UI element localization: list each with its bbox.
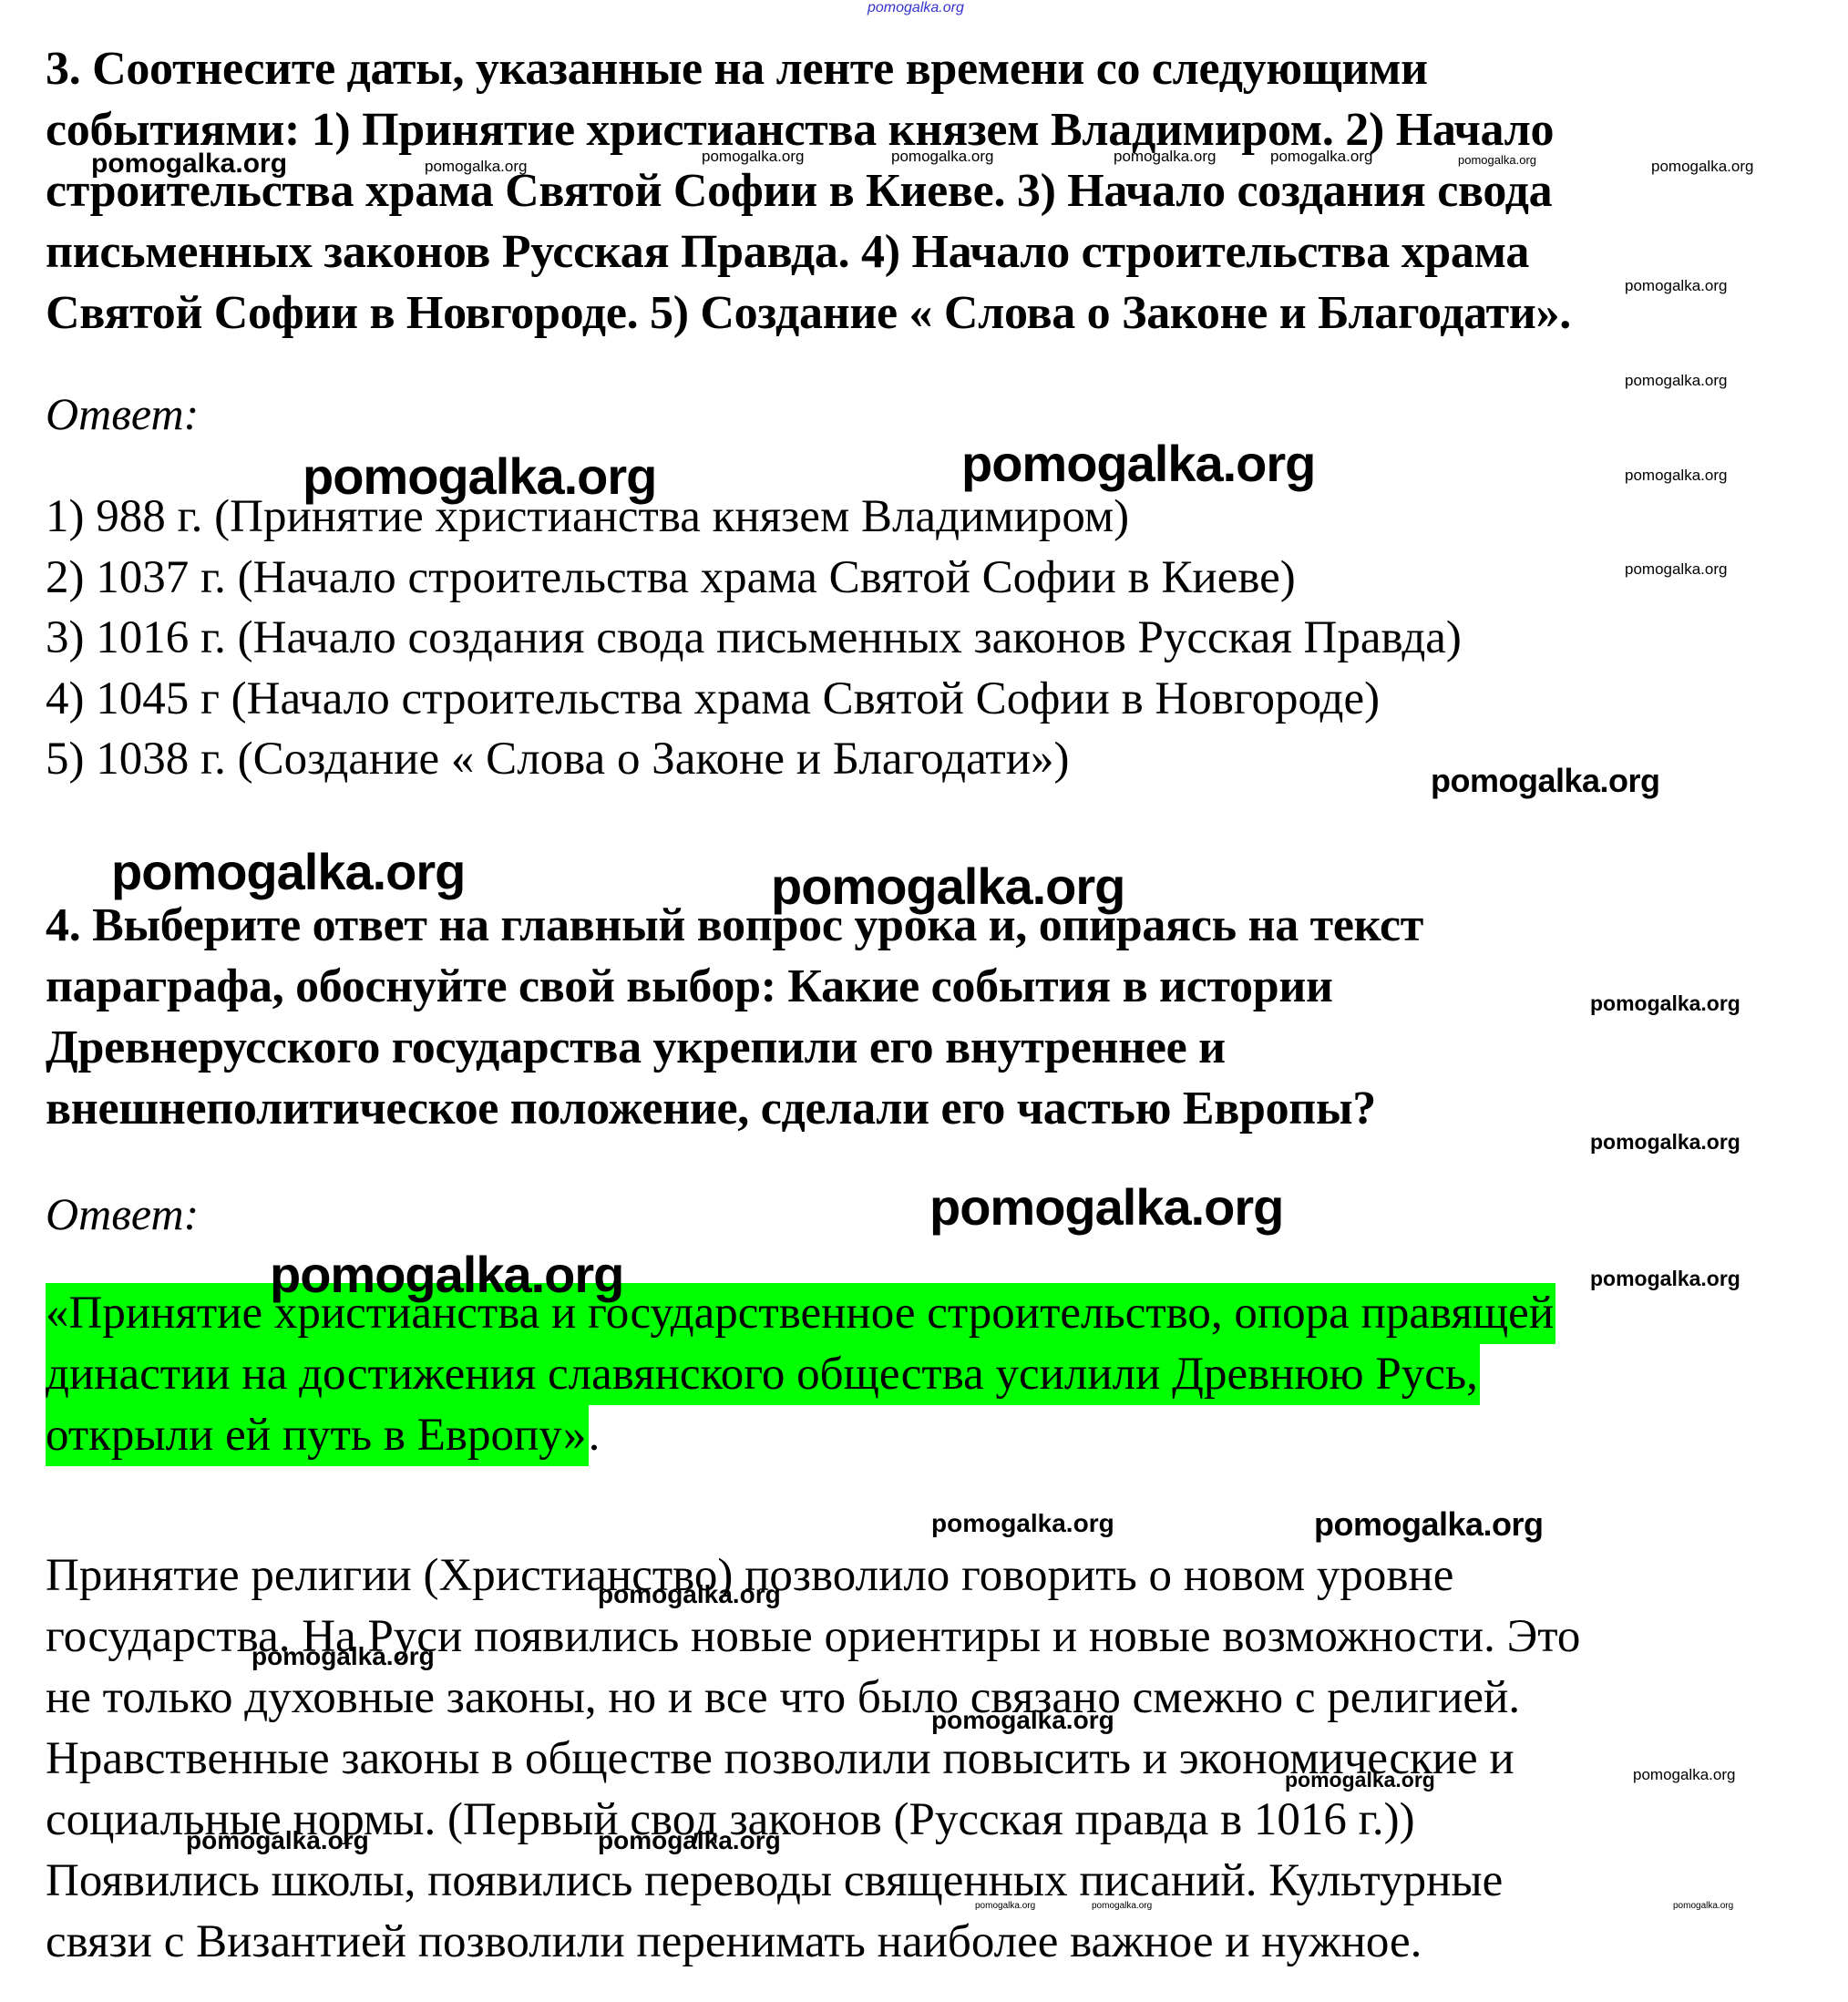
question-4-line: внешнеполитическое положение, сделали ег… (46, 1078, 1423, 1139)
watermark: pomogalka.org (868, 0, 964, 16)
watermark: pomogalka.org (186, 1826, 369, 1855)
watermark: pomogalka.org (931, 1509, 1114, 1538)
watermark: pomogalka.org (1285, 1768, 1435, 1792)
watermark: pomogalka.org (1633, 1766, 1735, 1784)
watermark: pomogalka.org (598, 1826, 781, 1855)
watermark: pomogalka.org (1114, 148, 1216, 166)
answer-3-item: 2) 1037 г. (Начало строительства храма С… (46, 548, 1462, 609)
question-3: 3. Соотнесите даты, указанные на ленте в… (46, 38, 1571, 344)
watermark: pomogalka.org (111, 842, 465, 901)
watermark: pomogalka.org (1590, 1267, 1740, 1291)
watermark: pomogalka.org (1651, 158, 1753, 176)
watermark: pomogalka.org (1270, 148, 1372, 166)
watermark: pomogalka.org (891, 148, 993, 166)
watermark: pomogalka.org (1625, 277, 1727, 295)
document-page: 3. Соотнесите даты, указанные на ленте в… (0, 0, 1848, 2002)
watermark: pomogalka.org (270, 1245, 623, 1304)
paragraph-line: Принятие религии (Христианство) позволил… (46, 1545, 1580, 1607)
watermark: pomogalka.org (1431, 762, 1660, 800)
quote-period: . (589, 1410, 601, 1461)
watermark: pomogalka.org (961, 434, 1315, 493)
watermark: pomogalka.org (91, 149, 287, 180)
highlighted-text: открыли ей путь в Европу» (46, 1405, 589, 1466)
highlighted-text: династии на достижения славянского общес… (46, 1344, 1480, 1405)
watermark: pomogalka.org (1590, 1130, 1740, 1155)
watermark: pomogalka.org (598, 1580, 781, 1609)
answer-4-paragraph: Принятие религии (Христианство) позволил… (46, 1545, 1580, 1973)
paragraph-line: не только духовные законы, но и все что … (46, 1668, 1580, 1729)
question-4-line: 4. Выберите ответ на главный вопрос урок… (46, 895, 1423, 956)
watermark: pomogalka.org (975, 1901, 1035, 1911)
question-3-line: 3. Соотнесите даты, указанные на ленте в… (46, 38, 1571, 99)
answer-3-list: 1) 988 г. (Принятие христианства князем … (46, 487, 1462, 790)
watermark: pomogalka.org (1458, 153, 1536, 167)
watermark: pomogalka.org (303, 447, 656, 506)
paragraph-line: Появились школы, появились переводы свящ… (46, 1851, 1580, 1912)
watermark: pomogalka.org (1673, 1901, 1733, 1911)
watermark: pomogalka.org (252, 1642, 435, 1671)
question-3-line: письменных законов Русская Правда. 4) На… (46, 221, 1571, 282)
watermark: pomogalka.org (1625, 372, 1727, 390)
answer-3-item: 3) 1016 г. (Начало создания свода письме… (46, 608, 1462, 669)
question-4: 4. Выберите ответ на главный вопрос урок… (46, 895, 1423, 1139)
question-4-line: Древнерусского государства укрепили его … (46, 1017, 1423, 1078)
watermark: pomogalka.org (1314, 1505, 1544, 1544)
paragraph-line: связи с Византией позволили перенимать н… (46, 1912, 1580, 1973)
answer-3-label: Ответ: (46, 386, 199, 441)
answer-3-item: 4) 1045 г (Начало строительства храма Св… (46, 669, 1462, 730)
question-3-line: Святой Софии в Новгороде. 5) Создание « … (46, 282, 1571, 344)
watermark: pomogalka.org (929, 1177, 1283, 1237)
watermark: pomogalka.org (1092, 1901, 1152, 1911)
watermark: pomogalka.org (931, 1706, 1114, 1735)
watermark: pomogalka.org (1625, 560, 1727, 579)
question-4-line: параграфа, обоснуйте свой выбор: Какие с… (46, 956, 1423, 1017)
watermark: pomogalka.org (702, 148, 804, 166)
watermark: pomogalka.org (1625, 467, 1727, 485)
watermark: pomogalka.org (1590, 991, 1740, 1016)
answer-4-label: Ответ: (46, 1186, 199, 1241)
watermark: pomogalka.org (425, 158, 527, 176)
watermark: pomogalka.org (771, 857, 1124, 916)
answer-3-item: 5) 1038 г. (Создание « Слова о Законе и … (46, 729, 1462, 790)
answer-4-quote: «Принятие христианства и государственное… (46, 1283, 1555, 1466)
answer-3-item: 1) 988 г. (Принятие христианства князем … (46, 487, 1462, 548)
